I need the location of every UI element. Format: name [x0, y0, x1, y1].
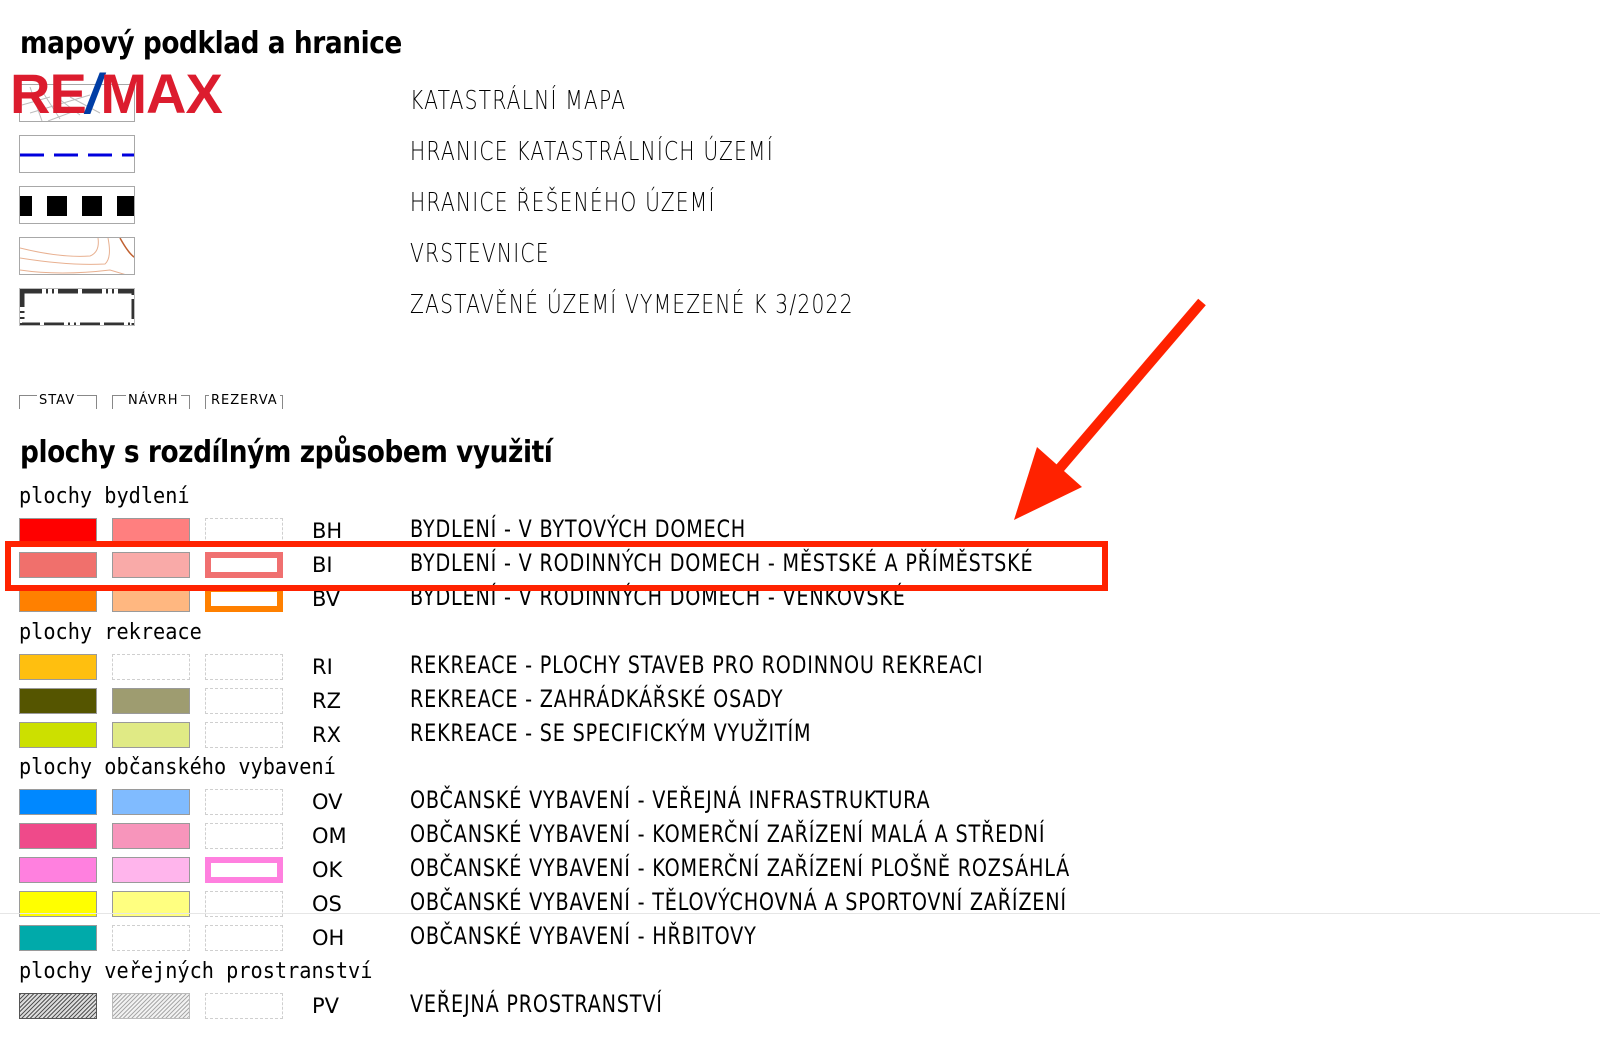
annotation-arrow-icon	[0, 0, 1600, 1043]
